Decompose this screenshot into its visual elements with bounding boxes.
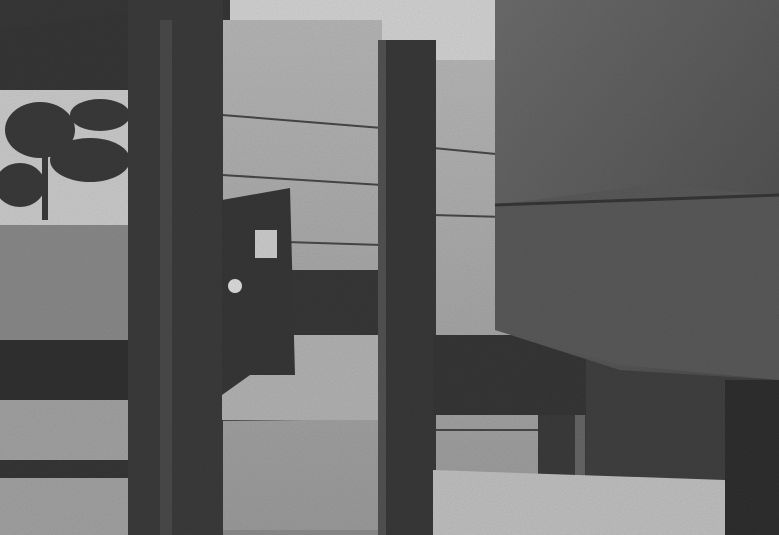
timber-structure-photo [0,0,779,535]
